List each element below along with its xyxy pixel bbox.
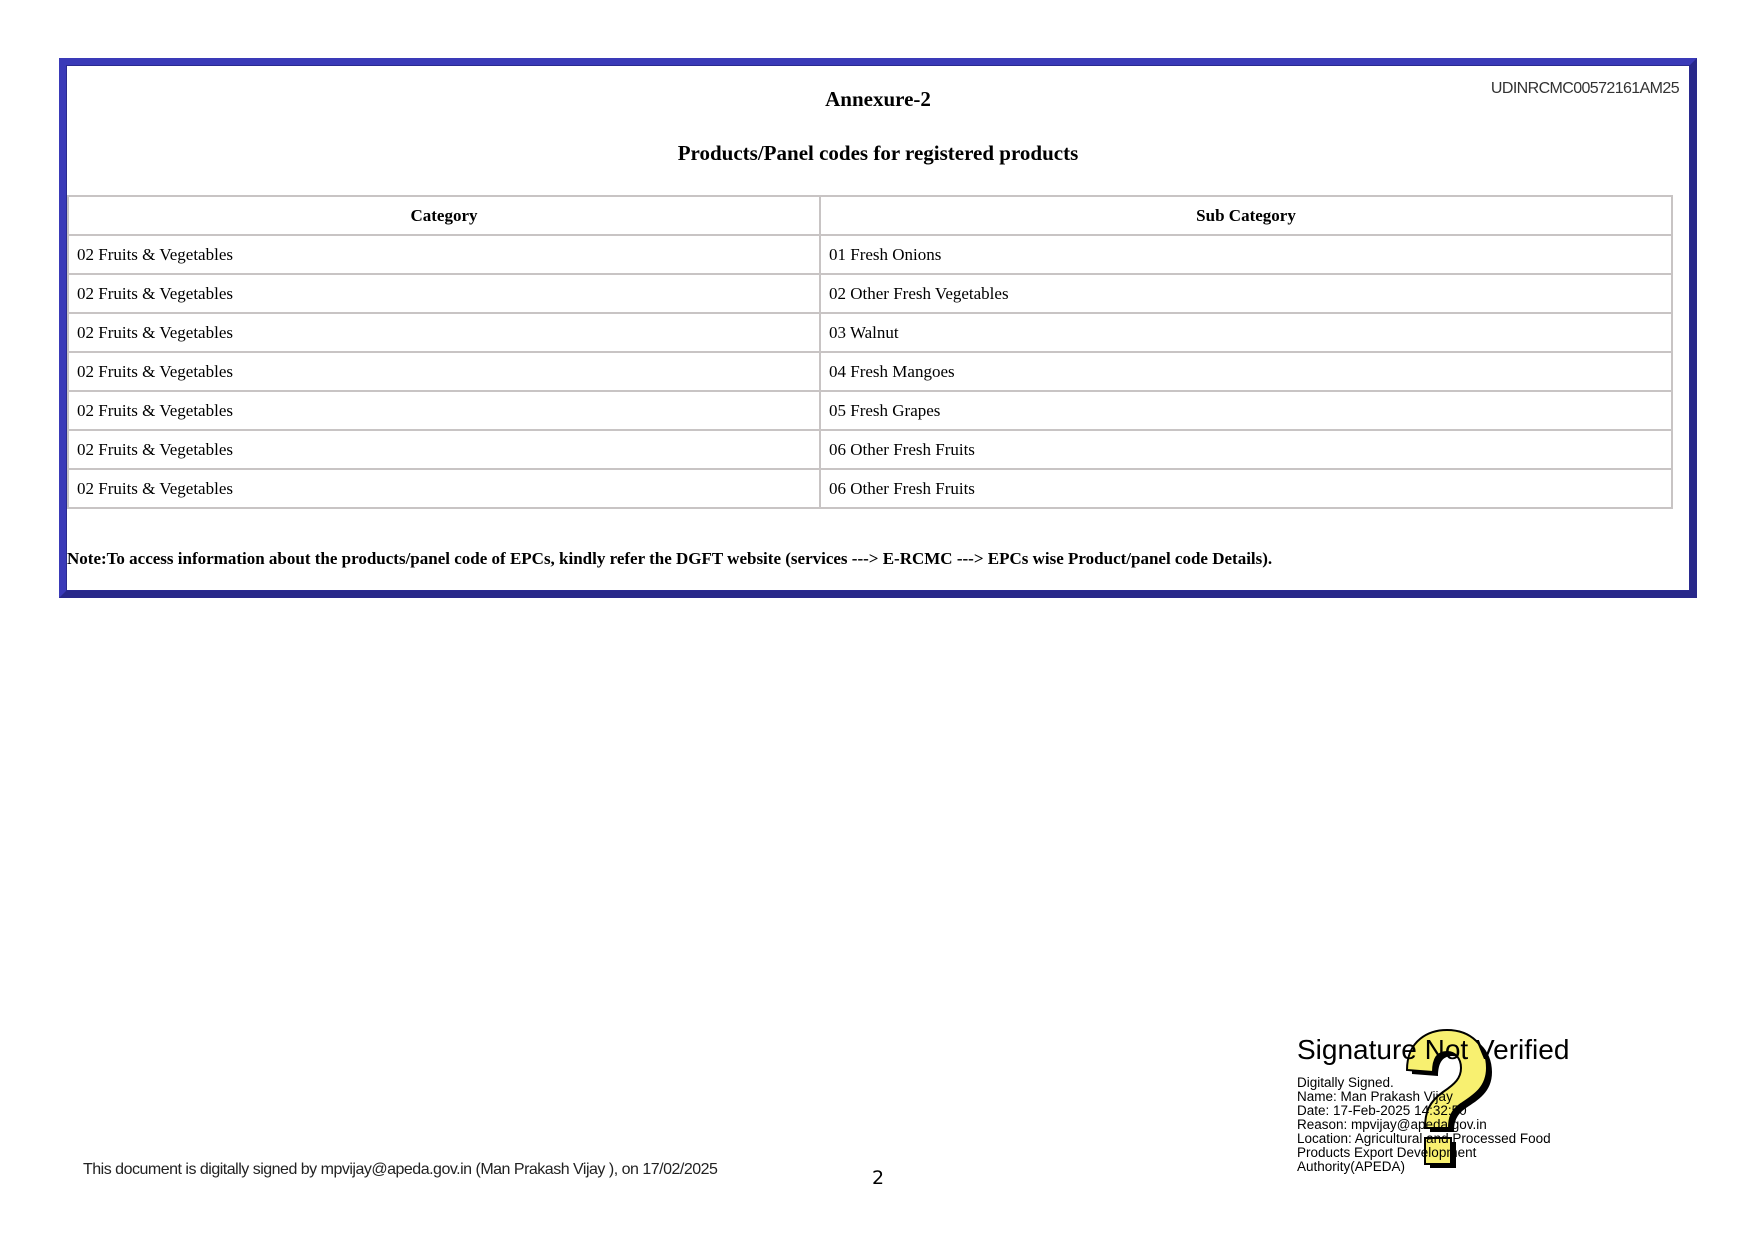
page-subtitle: Products/Panel codes for registered prod… [66, 141, 1690, 166]
signature-details: Digitally Signed.Name: Man Prakash Vijay… [1297, 1076, 1597, 1174]
category-cell: 02 Fruits & Vegetables [68, 391, 820, 430]
page-number: 2 [872, 1167, 884, 1189]
column-header-sub-category: Sub Category [820, 196, 1672, 235]
sub-category-cell: 06 Other Fresh Fruits [820, 430, 1672, 469]
sub-category-cell: 01 Fresh Onions [820, 235, 1672, 274]
dgft-note: Note:To access information about the pro… [67, 549, 1272, 569]
signature-detail-line: Location: Agricultural and Processed Foo… [1297, 1132, 1597, 1146]
table-row: 02 Fruits & Vegetables01 Fresh Onions [68, 235, 1672, 274]
signature-detail-line: Digitally Signed. [1297, 1076, 1597, 1090]
signature-detail-line: Authority(APEDA) [1297, 1160, 1597, 1174]
category-cell: 02 Fruits & Vegetables [68, 430, 820, 469]
signature-detail-line: Reason: mpvijay@apeda.gov.in [1297, 1118, 1597, 1132]
table-row: 02 Fruits & Vegetables05 Fresh Grapes [68, 391, 1672, 430]
sub-category-cell: 02 Other Fresh Vegetables [820, 274, 1672, 313]
table-row: 02 Fruits & Vegetables06 Other Fresh Fru… [68, 469, 1672, 508]
digital-signature-footer: This document is digitally signed by mpv… [83, 1161, 717, 1179]
product-codes-table: Category Sub Category 02 Fruits & Vegeta… [67, 195, 1673, 509]
category-cell: 02 Fruits & Vegetables [68, 352, 820, 391]
table-row: 02 Fruits & Vegetables04 Fresh Mangoes [68, 352, 1672, 391]
sub-category-cell: 05 Fresh Grapes [820, 391, 1672, 430]
signature-status: Signature Not Verified [1297, 1034, 1597, 1066]
category-cell: 02 Fruits & Vegetables [68, 235, 820, 274]
table-row: 02 Fruits & Vegetables03 Walnut [68, 313, 1672, 352]
signature-detail-line: Name: Man Prakash Vijay [1297, 1090, 1597, 1104]
page-title: Annexure-2 [66, 87, 1690, 112]
sub-category-cell: 06 Other Fresh Fruits [820, 469, 1672, 508]
sub-category-cell: 03 Walnut [820, 313, 1672, 352]
category-cell: 02 Fruits & Vegetables [68, 313, 820, 352]
table-row: 02 Fruits & Vegetables06 Other Fresh Fru… [68, 430, 1672, 469]
column-header-category: Category [68, 196, 820, 235]
signature-block: Signature Not Verified Digitally Signed.… [1297, 1034, 1597, 1184]
category-cell: 02 Fruits & Vegetables [68, 274, 820, 313]
annexure-frame: UDINRCMC00572161AM25 Annexure-2 Products… [59, 58, 1697, 598]
signature-detail-line: Date: 17-Feb-2025 14:32:50 [1297, 1104, 1597, 1118]
category-cell: 02 Fruits & Vegetables [68, 469, 820, 508]
table-header-row: Category Sub Category [68, 196, 1672, 235]
signature-detail-line: Products Export Development [1297, 1146, 1597, 1160]
table-row: 02 Fruits & Vegetables02 Other Fresh Veg… [68, 274, 1672, 313]
sub-category-cell: 04 Fresh Mangoes [820, 352, 1672, 391]
